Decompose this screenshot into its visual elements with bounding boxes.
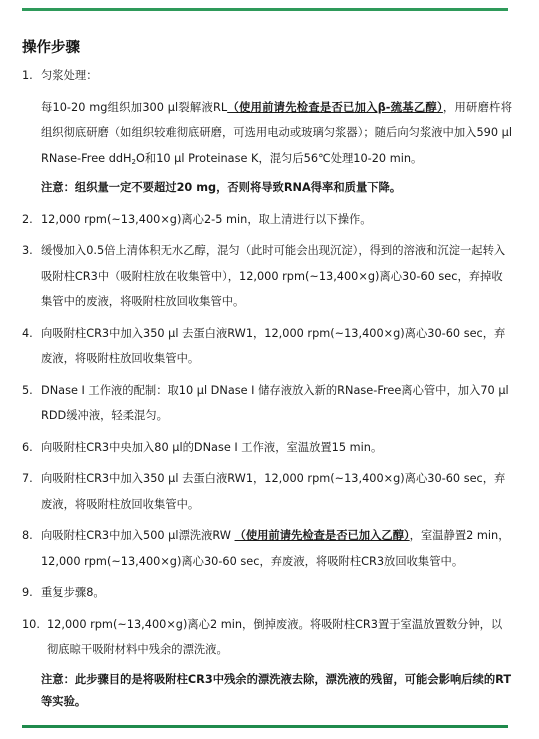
step-number: 7.	[22, 466, 33, 492]
section-title: 操作步骤	[22, 36, 80, 57]
header-rule	[22, 8, 508, 11]
step-6: 6. 向吸附柱CR3中央加入80 μl的DNase I 工作液，室温放置15 m…	[22, 435, 512, 461]
warning-emphasis: （使用前请先检查是否已加入乙醇）	[235, 529, 410, 542]
step-8: 8. 向吸附柱CR3中加入500 μl漂洗液RW （使用前请先检查是否已加入乙醇…	[22, 523, 512, 574]
step-7: 7. 向吸附柱CR3中加入350 μl 去蛋白液RW1，12,000 rpm(~…	[22, 466, 512, 517]
step-number: 3.	[22, 238, 33, 264]
step-number: 5.	[22, 378, 33, 404]
step-text: 重复步骤8。	[41, 586, 105, 599]
step-number: 4.	[22, 321, 33, 347]
step-1-note: 注意：组织量一定不要超过20 mg，否则将导致RNA得率和质量下降。	[22, 175, 512, 201]
warning-emphasis: （使用前请先检查是否已加入β-巯基乙醇）	[227, 101, 443, 114]
step-text: 缓慢加入0.5倍上清体积无水乙醇，混匀（此时可能会出现沉淀），得到的溶液和沉淀一…	[41, 244, 505, 308]
step-number: 1.	[22, 63, 33, 89]
step-5: 5. DNase I 工作液的配制：取10 μl DNase I 储存液放入新的…	[22, 378, 512, 429]
step-1-body: 每10-20 mg组织加300 μl裂解液RL（使用前请先检查是否已加入β-巯基…	[22, 95, 512, 172]
step-10: 10. 12,000 rpm(~13,400×g)离心2 min，倒掉废液。将吸…	[22, 612, 512, 663]
step-label: 匀浆处理：	[41, 69, 98, 82]
step-text: DNase I 工作液的配制：取10 μl DNase I 储存液放入新的RNa…	[41, 384, 509, 423]
step-10-note: 注意：此步骤目的是将吸附柱CR3中残余的漂洗液去除，漂洗液的残留，可能会影响后续…	[22, 669, 512, 713]
step-3: 3. 缓慢加入0.5倍上清体积无水乙醇，混匀（此时可能会出现沉淀），得到的溶液和…	[22, 238, 512, 315]
footer-rule	[22, 725, 508, 728]
step-text: 12,000 rpm(~13,400×g)离心2 min，倒掉废液。将吸附柱CR…	[47, 618, 502, 657]
step-number: 2.	[22, 207, 33, 233]
step-2: 2. 12,000 rpm(~13,400×g)离心2-5 min，取上清进行以…	[22, 207, 512, 233]
step-text: 12,000 rpm(~13,400×g)离心2-5 min，取上清进行以下操作…	[41, 213, 372, 226]
step-1: 1. 匀浆处理：	[22, 63, 512, 89]
step-text: 向吸附柱CR3中央加入80 μl的DNase I 工作液，室温放置15 min。	[41, 441, 382, 454]
step-1-text-tail: O和10 μl Proteinase K，混匀后56℃处理10-20 min。	[136, 152, 422, 165]
step-number: 9.	[22, 580, 33, 606]
step-number: 10.	[22, 612, 40, 638]
steps-list: 1. 匀浆处理： 每10-20 mg组织加300 μl裂解液RL（使用前请先检查…	[22, 63, 512, 713]
step-text: 向吸附柱CR3中加入350 μl 去蛋白液RW1，12,000 rpm(~13,…	[41, 327, 505, 366]
step-9: 9. 重复步骤8。	[22, 580, 512, 606]
step-text: 向吸附柱CR3中加入350 μl 去蛋白液RW1，12,000 rpm(~13,…	[41, 472, 505, 511]
step-text: 向吸附柱CR3中加入500 μl漂洗液RW	[41, 529, 235, 542]
step-number: 8.	[22, 523, 33, 549]
step-4: 4. 向吸附柱CR3中加入350 μl 去蛋白液RW1，12,000 rpm(~…	[22, 321, 512, 372]
step-number: 6.	[22, 435, 33, 461]
step-1-text: 每10-20 mg组织加300 μl裂解液RL	[41, 101, 227, 114]
